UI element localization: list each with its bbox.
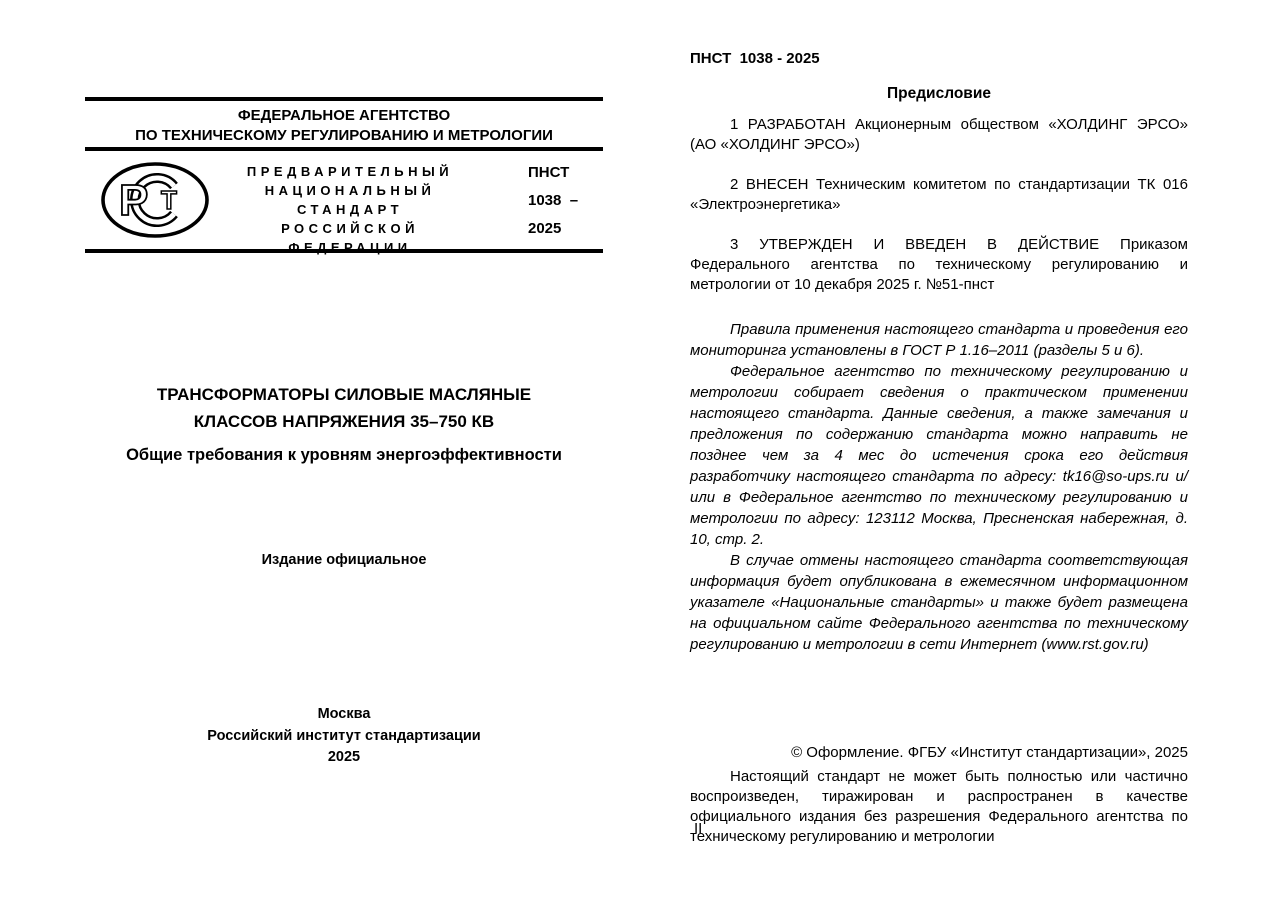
rosstandart-logo-icon: Р Т — [99, 160, 211, 240]
note-cancellation-info: В случае отмены настоящего стандарта соо… — [690, 550, 1188, 655]
standard-type-line: СТАНДАРТ — [197, 200, 503, 219]
copyright-line: © Оформление. ФГБУ «Институт стандартиза… — [690, 743, 1188, 763]
document-spread: ФЕДЕРАЛЬНОЕ АГЕНТСТВО ПО ТЕХНИЧЕСКОМУ РЕ… — [0, 0, 1286, 909]
foreword-heading: Предисловие — [690, 84, 1188, 104]
standard-type-line: НАЦИОНАЛЬНЫЙ — [197, 181, 503, 200]
document-title: ТРАНСФОРМАТОРЫ СИЛОВЫЕ МАСЛЯНЫЕ КЛАССОВ … — [85, 381, 603, 466]
divider-bottom — [85, 249, 603, 253]
page-number: II — [694, 820, 702, 837]
standard-designation-row: Р Т ПРЕДВАРИТЕЛЬНЫЙ НАЦИОНАЛЬНЫЙ СТАНДАР… — [85, 152, 603, 249]
foreword-content: Предисловие 1 РАЗРАБОТАН Акционерным общ… — [690, 84, 1188, 847]
standard-year: 2025 — [528, 219, 578, 239]
document-subtitle: Общие требования к уровням энергоэффекти… — [85, 444, 603, 466]
svg-text:Т: Т — [161, 185, 177, 215]
foreword-page: ПНСТ 1038 - 2025 Предисловие 1 РАЗРАБОТА… — [690, 0, 1188, 909]
standard-number: ПНСТ 1038 – 2025 — [528, 163, 578, 247]
title-page: ФЕДЕРАЛЬНОЕ АГЕНТСТВО ПО ТЕХНИЧЕСКОМУ РЕ… — [85, 0, 603, 909]
imprint: Москва Российский институт стандартизаци… — [85, 704, 603, 769]
standard-type-line: РОССИЙСКОЙ — [197, 219, 503, 238]
reproduction-note: Настоящий стандарт не может быть полност… — [690, 767, 1188, 847]
note-feedback-address: Федеральное агентство по техническому ре… — [690, 361, 1188, 550]
standard-code: ПНСТ — [528, 163, 578, 183]
foreword-item-submitted: 2 ВНЕСЕН Техническим комитетом по станда… — [690, 175, 1188, 215]
svg-text:Р: Р — [119, 176, 148, 225]
foreword-item-approved: 3 УТВЕРЖДЕН И ВВЕДЕН В ДЕЙСТВИЕ Приказом… — [690, 235, 1188, 295]
foreword-notes: Правила применения настоящего стандарта … — [690, 319, 1188, 655]
note-application-rules: Правила применения настоящего стандарта … — [690, 319, 1188, 361]
foreword-item-developed: 1 РАЗРАБОТАН Акционерным обществом «ХОЛД… — [690, 115, 1188, 155]
divider-middle — [85, 147, 603, 151]
standard-type: ПРЕДВАРИТЕЛЬНЫЙ НАЦИОНАЛЬНЫЙ СТАНДАРТ РО… — [197, 162, 503, 257]
imprint-year: 2025 — [85, 747, 603, 769]
agency-line-1: ФЕДЕРАЛЬНОЕ АГЕНТСТВО — [85, 106, 603, 126]
agency-line-2: ПО ТЕХНИЧЕСКОМУ РЕГУЛИРОВАНИЮ И МЕТРОЛОГ… — [85, 126, 603, 146]
imprint-publisher: Российский институт стандартизации — [85, 726, 603, 748]
running-header: ПНСТ 1038 - 2025 — [690, 50, 820, 67]
standard-type-line: ФЕДЕРАЦИИ — [197, 238, 503, 257]
standard-num: 1038 – — [528, 191, 578, 211]
standard-type-line: ПРЕДВАРИТЕЛЬНЫЙ — [197, 162, 503, 181]
title-line-1: ТРАНСФОРМАТОРЫ СИЛОВЫЕ МАСЛЯНЫЕ — [85, 381, 603, 408]
edition-note: Издание официальное — [85, 552, 603, 568]
divider-top — [85, 97, 603, 101]
imprint-city: Москва — [85, 704, 603, 726]
agency-header: ФЕДЕРАЛЬНОЕ АГЕНТСТВО ПО ТЕХНИЧЕСКОМУ РЕ… — [85, 106, 603, 146]
title-line-2: КЛАССОВ НАПРЯЖЕНИЯ 35–750 КВ — [85, 408, 603, 435]
